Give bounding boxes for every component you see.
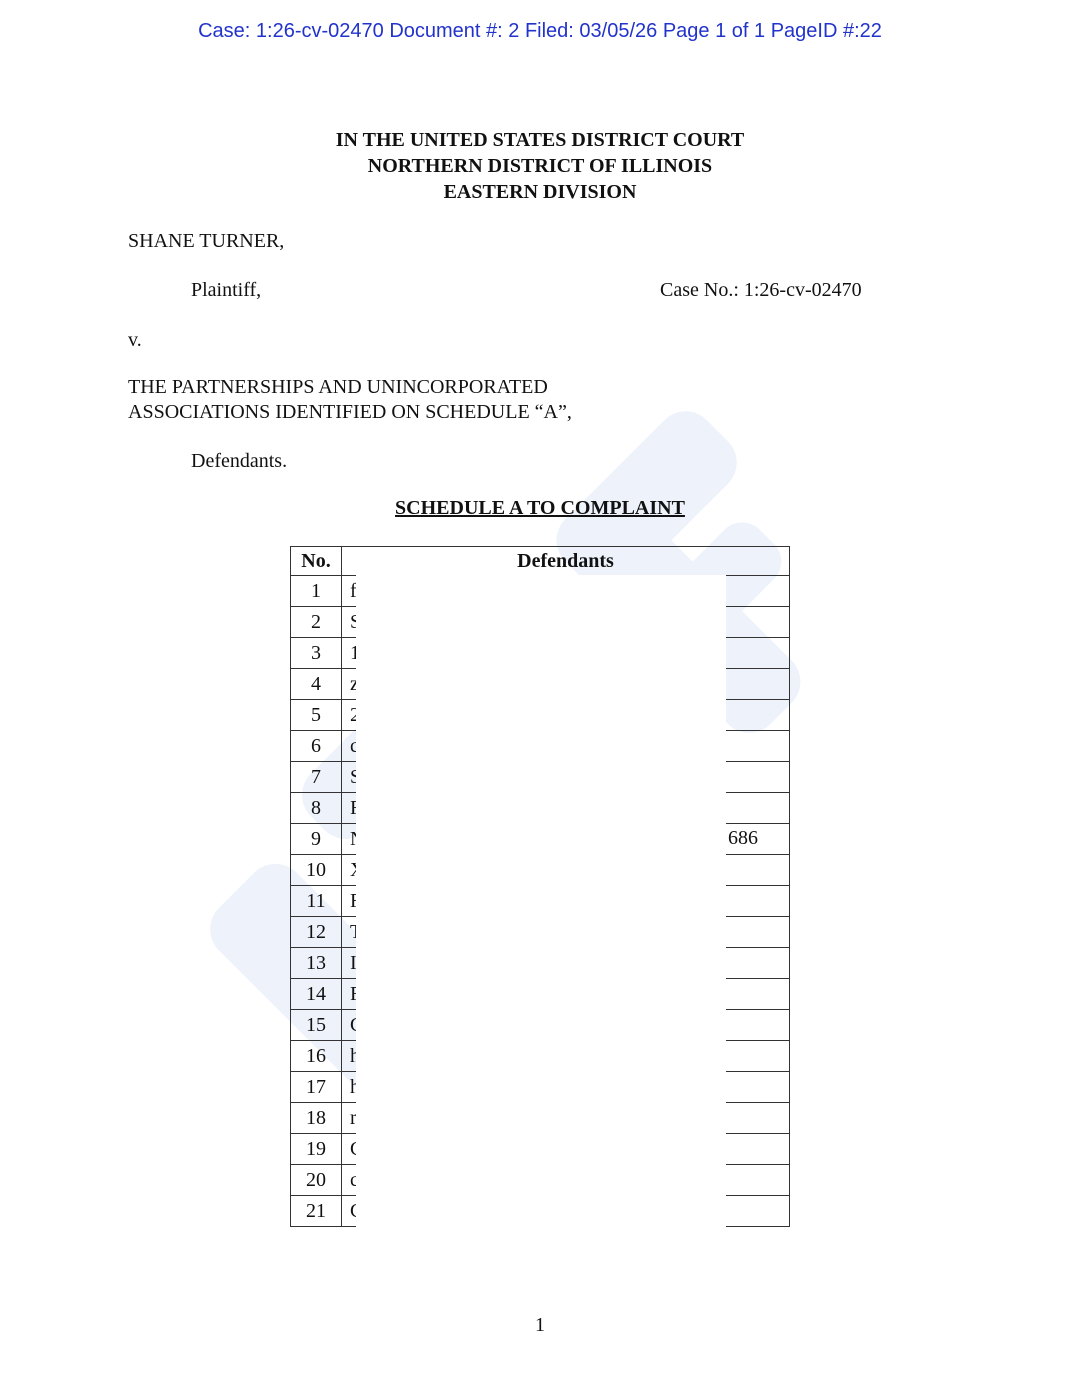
- schedule-title: SCHEDULE A TO COMPLAINT: [0, 497, 1080, 520]
- redaction-overlay: [356, 575, 726, 1227]
- court-line-2: NORTHERN DISTRICT OF ILLINOIS: [0, 153, 1080, 179]
- table-header-row: No. Defendants: [291, 547, 790, 576]
- defendants-line-1: THE PARTNERSHIPS AND UNINCORPORATED: [128, 376, 548, 399]
- row-number: 3: [291, 638, 342, 669]
- filing-stamp: Case: 1:26-cv-02470 Document #: 2 Filed:…: [0, 20, 1080, 43]
- plaintiff-name: SHANE TURNER,: [128, 230, 284, 253]
- versus: v.: [128, 329, 142, 352]
- row-number: 20: [291, 1165, 342, 1196]
- row-number: 16: [291, 1041, 342, 1072]
- row-number: 8: [291, 793, 342, 824]
- court-heading: IN THE UNITED STATES DISTRICT COURT NORT…: [0, 127, 1080, 205]
- row-number: 12: [291, 917, 342, 948]
- page-number: 1: [0, 1314, 1080, 1337]
- row-number: 6: [291, 731, 342, 762]
- row-number: 21: [291, 1196, 342, 1227]
- header-no: No.: [291, 547, 342, 576]
- defendant-name-tail: 686: [728, 824, 758, 852]
- defendants-line-2: ASSOCIATIONS IDENTIFIED ON SCHEDULE “A”,: [128, 401, 572, 424]
- case-number: Case No.: 1:26-cv-02470: [660, 279, 862, 302]
- plaintiff-label: Plaintiff,: [191, 279, 261, 302]
- row-number: 18: [291, 1103, 342, 1134]
- row-number: 4: [291, 669, 342, 700]
- row-number: 7: [291, 762, 342, 793]
- court-line-1: IN THE UNITED STATES DISTRICT COURT: [0, 127, 1080, 153]
- row-number: 2: [291, 607, 342, 638]
- court-line-3: EASTERN DIVISION: [0, 179, 1080, 205]
- row-number: 1: [291, 576, 342, 607]
- row-number: 14: [291, 979, 342, 1010]
- row-number: 9: [291, 824, 342, 855]
- header-defendants: Defendants: [342, 547, 790, 576]
- row-number: 5: [291, 700, 342, 731]
- row-number: 10: [291, 855, 342, 886]
- row-number: 13: [291, 948, 342, 979]
- row-number: 11: [291, 886, 342, 917]
- defendants-label: Defendants.: [191, 450, 287, 473]
- row-number: 17: [291, 1072, 342, 1103]
- row-number: 15: [291, 1010, 342, 1041]
- row-number: 19: [291, 1134, 342, 1165]
